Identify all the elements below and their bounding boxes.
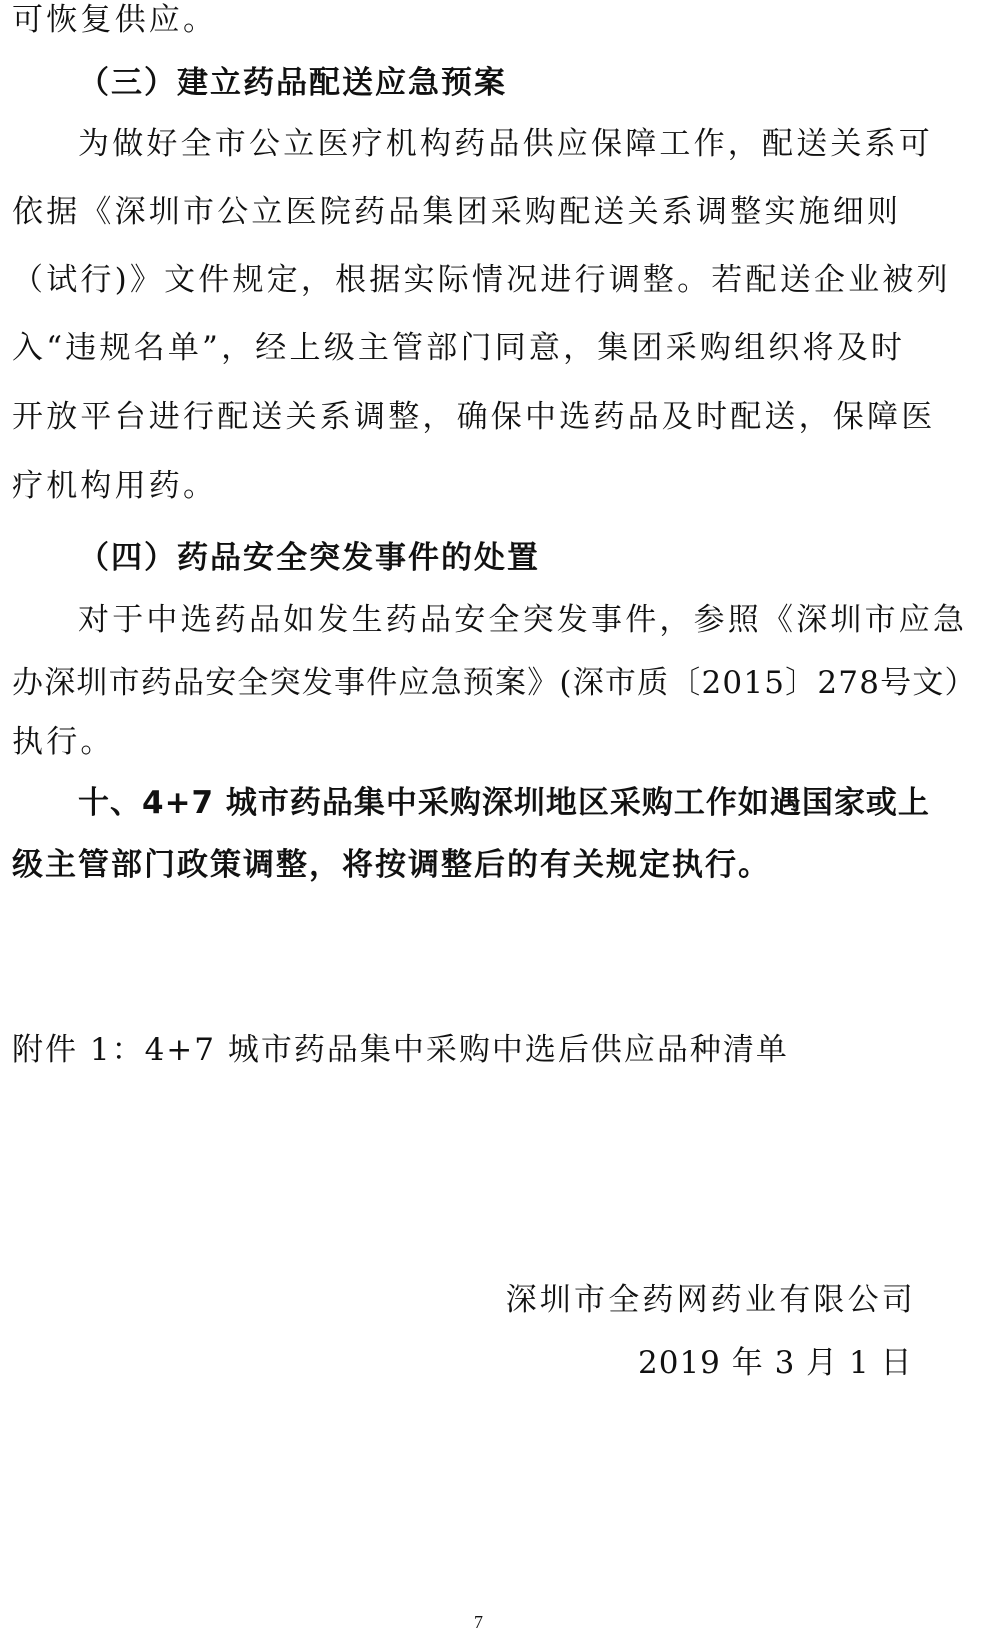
section-ten-text: 十、4+7 城市药品集中采购深圳地区采购工作如遇国家或上 bbox=[78, 783, 930, 823]
attachment-note: 附件 1：4+7 城市药品集中采购中选后供应品种清单 bbox=[12, 1030, 789, 1070]
section-ten-text: 级主管部门政策调整，将按调整后的有关规定执行。 bbox=[12, 845, 771, 885]
body-text-line: 执行。 bbox=[12, 722, 115, 762]
body-text-line: 开放平台进行配送关系调整，确保中选药品及时配送，保障医 bbox=[12, 397, 935, 437]
signature-company: 深圳市全药网药业有限公司 bbox=[506, 1280, 916, 1320]
subsection-heading-3: （三）建立药品配送应急预案 bbox=[78, 63, 507, 103]
body-text-line: 为做好全市公立医疗机构药品供应保障工作，配送关系可 bbox=[78, 124, 933, 164]
body-text-line: 对于中选药品如发生药品安全突发事件，参照《深圳市应急 bbox=[78, 600, 967, 640]
body-text-line: 入“违规名单”，经上级主管部门同意，集团采购组织将及时 bbox=[12, 328, 905, 368]
page-number: 7 bbox=[474, 1612, 483, 1633]
body-text-line: 办深圳市药品安全突发事件应急预案》(深市质〔2015〕278号文） bbox=[12, 663, 977, 703]
body-text-line: 可恢复供应。 bbox=[12, 0, 217, 40]
subsection-heading-4: （四）药品安全突发事件的处置 bbox=[78, 538, 540, 578]
body-text-line: （试行)》文件规定，根据实际情况进行调整。若配送企业被列 bbox=[12, 260, 951, 300]
body-text-line: 疗机构用药。 bbox=[12, 466, 217, 506]
body-text-line: 依据《深圳市公立医院药品集团采购配送关系调整实施细则 bbox=[12, 192, 901, 232]
signature-date: 2019 年 3 月 1 日 bbox=[638, 1343, 913, 1383]
